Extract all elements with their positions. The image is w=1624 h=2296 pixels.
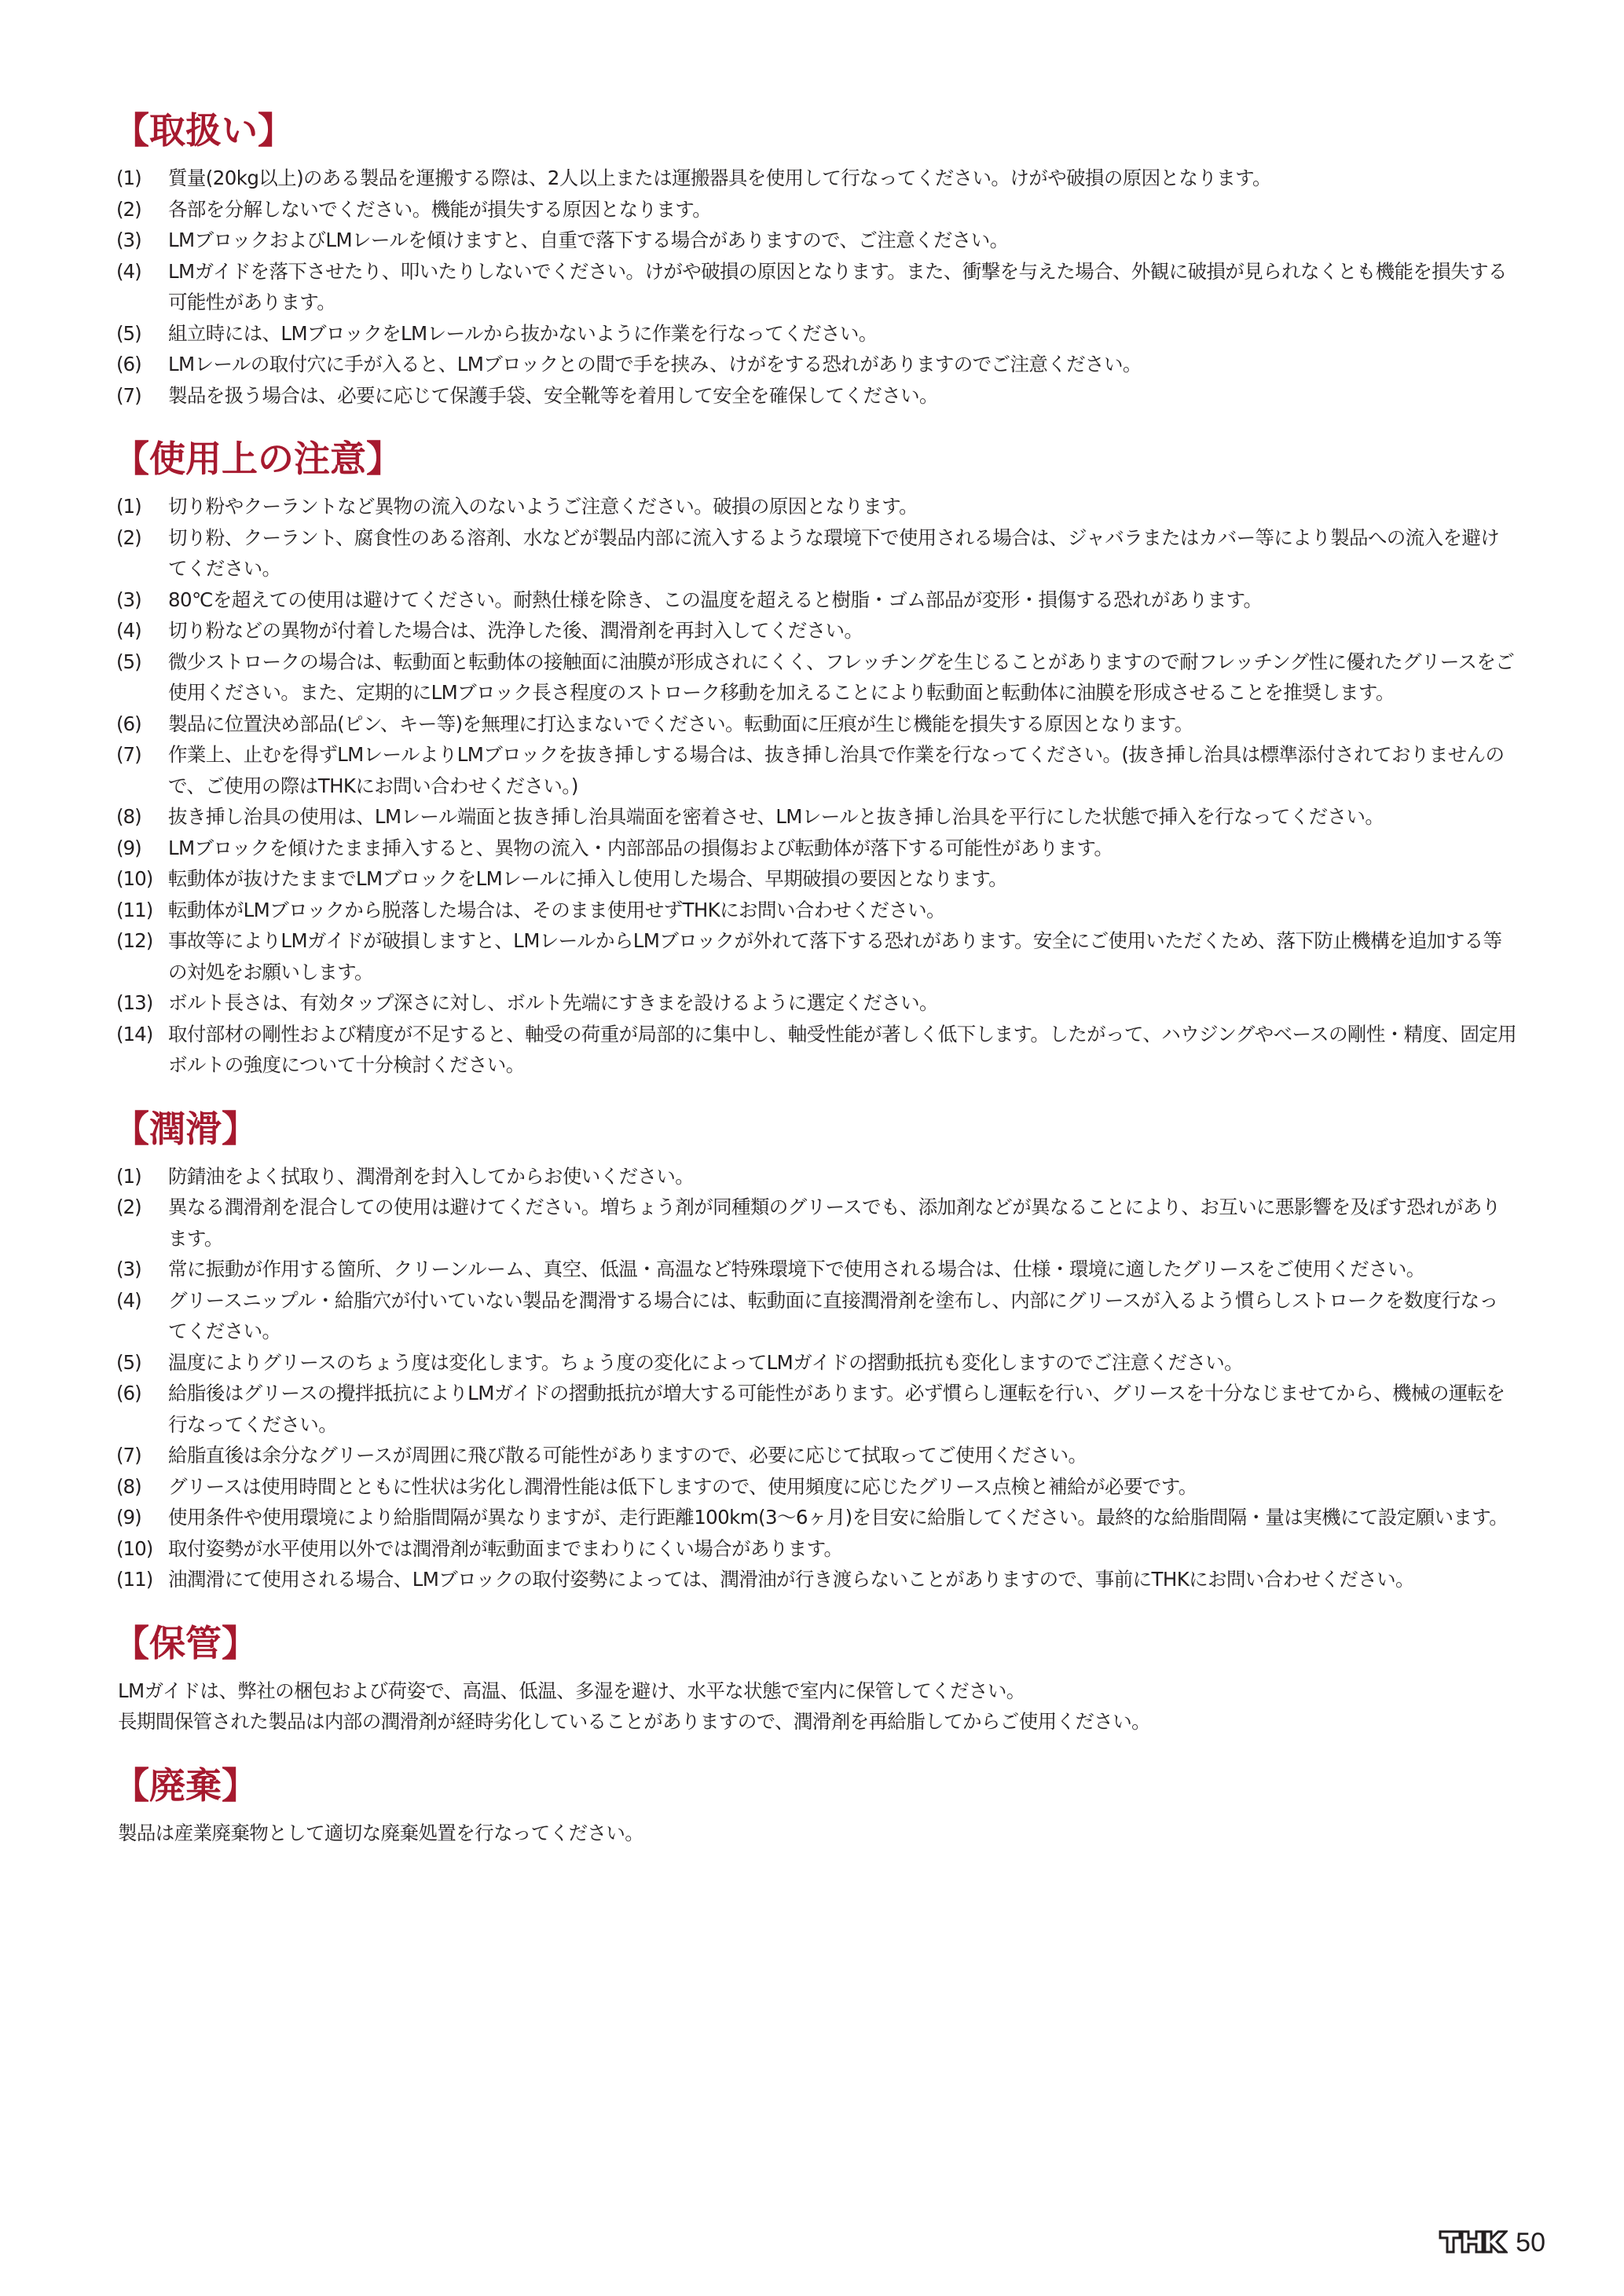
list-item: (6)LMレールの取付穴に手が入ると、LMブロックとの間で手を挟み、けがをする恐… xyxy=(118,349,1516,380)
item-text: 80℃を超えての使用は避けてください。耐熱仕様を除き、この温度を超えると樹脂・ゴ… xyxy=(168,588,1262,611)
list-item: (2)異なる潤滑剤を混合しての使用は避けてください。増ちょう剤が同種類のグリース… xyxy=(118,1192,1516,1254)
item-number: (7) xyxy=(116,380,141,412)
list-item: (8)グリースは使用時間とともに性状は劣化し潤滑性能は低下しますので、使用頻度に… xyxy=(118,1471,1516,1503)
section-storage: 【保管】 LMガイドは、弊社の梱包および荷姿で、高温、低温、多湿を避け、水平な状… xyxy=(118,1619,1516,1738)
item-number: (4) xyxy=(116,615,141,646)
storage-paragraph: LMガイドは、弊社の梱包および荷姿で、高温、低温、多湿を避け、水平な状態で室内に… xyxy=(118,1675,1516,1707)
item-number: (4) xyxy=(116,256,141,287)
item-text: 温度によりグリースのちょう度は変化します。ちょう度の変化によってLMガイドの摺動… xyxy=(168,1351,1243,1374)
item-number: (14) xyxy=(116,1019,152,1050)
item-number: (1) xyxy=(116,1161,141,1192)
list-item: (6)給脂後はグリースの攪拌抵抗によりLMガイドの摺動抵抗が増大する可能性があり… xyxy=(118,1378,1516,1440)
list-item: (3)常に振動が作用する箇所、クリーンルーム、真空、低温・高温など特殊環境下で使… xyxy=(118,1254,1516,1285)
item-text: 製品に位置決め部品(ピン、キー等)を無理に打込まないでください。転動面に圧痕が生… xyxy=(168,712,1193,735)
item-text: LMブロックを傾けたまま挿入すると、異物の流入・内部部品の損傷および転動体が落下… xyxy=(168,837,1113,859)
item-number: (2) xyxy=(116,522,141,554)
list-item: (1)防錆油をよく拭取り、潤滑剤を封入してからお使いください。 xyxy=(118,1161,1516,1192)
item-number: (13) xyxy=(116,987,152,1019)
list-item: (5)微少ストロークの場合は、転動面と転動体の接触面に油膜が形成されにくく、フレ… xyxy=(118,646,1516,709)
list-item: (7)給脂直後は余分なグリースが周囲に飛び散る可能性がありますので、必要に応じて… xyxy=(118,1440,1516,1471)
list-item: (11)油潤滑にて使用される場合、LMブロックの取付姿勢によっては、潤滑油が行き… xyxy=(118,1564,1516,1595)
item-text: 転動体が抜けたままでLMブロックをLMレールに挿入し使用した場合、早期破損の要因… xyxy=(168,867,1007,890)
item-text: 取付部材の剛性および精度が不足すると、軸受の荷重が局部的に集中し、軸受性能が著し… xyxy=(168,1023,1516,1077)
list-item: (2)切り粉、クーラント、腐食性のある溶剤、水などが製品内部に流入するような環境… xyxy=(118,522,1516,584)
list-item: (4)切り粉などの異物が付着した場合は、洗浄した後、潤滑剤を再封入してください。 xyxy=(118,615,1516,646)
thk-logo-icon xyxy=(1439,2229,1508,2254)
item-number: (11) xyxy=(116,1564,152,1595)
item-number: (2) xyxy=(116,1192,141,1223)
section-title: 【取扱い】 xyxy=(113,106,1516,155)
list-item: (7)製品を扱う場合は、必要に応じて保護手袋、安全靴等を着用して安全を確保してく… xyxy=(118,380,1516,412)
item-number: (3) xyxy=(116,1254,141,1285)
item-text: 異なる潤滑剤を混合しての使用は避けてください。増ちょう剤が同種類のグリースでも、… xyxy=(168,1196,1501,1250)
item-text: グリースニップル・給脂穴が付いていない製品を潤滑する場合には、転動面に直接潤滑剤… xyxy=(168,1289,1498,1343)
list-item: (10)取付姿勢が水平使用以外では潤滑剤が転動面までまわりにくい場合があります。 xyxy=(118,1533,1516,1565)
item-number: (9) xyxy=(116,833,141,864)
section-title: 【使用上の注意】 xyxy=(113,434,1516,483)
item-number: (8) xyxy=(116,1471,141,1503)
item-number: (9) xyxy=(116,1502,141,1533)
item-text: 抜き挿し治具の使用は、LMレール端面と抜き挿し治具端面を密着させ、LMレールと抜… xyxy=(168,805,1384,828)
list-item: (14)取付部材の剛性および精度が不足すると、軸受の荷重が局部的に集中し、軸受性… xyxy=(118,1019,1516,1081)
item-number: (3) xyxy=(116,225,141,256)
item-number: (5) xyxy=(116,646,141,678)
disposal-paragraph: 製品は産業廃棄物として適切な廃棄処置を行なってください。 xyxy=(118,1818,1516,1849)
storage-paragraph: 長期間保管された製品は内部の潤滑剤が経時劣化していることがありますので、潤滑剤を… xyxy=(118,1706,1516,1738)
list-item: (12)事故等によりLMガイドが破損しますと、LMレールからLMブロックが外れて… xyxy=(118,925,1516,987)
list-item: (11)転動体がLMブロックから脱落した場合は、そのまま使用せずTHKにお問い合… xyxy=(118,895,1516,926)
item-text: 切り粉などの異物が付着した場合は、洗浄した後、潤滑剤を再封入してください。 xyxy=(168,619,863,642)
list-item: (9)使用条件や使用環境により給脂間隔が異なりますが、走行距離100km(3〜6… xyxy=(118,1502,1516,1533)
item-number: (6) xyxy=(116,1378,141,1409)
item-text: 切り粉やクーラントなど異物の流入のないようご注意ください。破損の原因となります。 xyxy=(168,495,918,518)
item-text: ボルト長さは、有効タップ深さに対し、ボルト先端にすきまを設けるように選定ください… xyxy=(168,991,938,1014)
list-item: (1)切り粉やクーラントなど異物の流入のないようご注意ください。破損の原因となり… xyxy=(118,491,1516,522)
item-text: 作業上、止むを得ずLMレールよりLMブロックを抜き挿しする場合は、抜き挿し治具で… xyxy=(168,743,1504,797)
list-item: (3)80℃を超えての使用は避けてください。耐熱仕様を除き、この温度を超えると樹… xyxy=(118,584,1516,616)
item-text: 切り粉、クーラント、腐食性のある溶剤、水などが製品内部に流入するような環境下で使… xyxy=(168,526,1499,580)
usage-list: (1)切り粉やクーラントなど異物の流入のないようご注意ください。破損の原因となり… xyxy=(118,491,1516,1081)
item-number: (11) xyxy=(116,895,152,926)
item-number: (7) xyxy=(116,739,141,771)
item-number: (5) xyxy=(116,1347,141,1379)
item-text: 使用条件や使用環境により給脂間隔が異なりますが、走行距離100km(3〜6ヶ月)… xyxy=(168,1506,1508,1529)
item-number: (10) xyxy=(116,1533,152,1565)
item-number: (1) xyxy=(116,491,141,522)
section-title: 【潤滑】 xyxy=(113,1104,1516,1153)
item-number: (1) xyxy=(116,163,141,194)
item-text: LMレールの取付穴に手が入ると、LMブロックとの間で手を挟み、けがをする恐れがあ… xyxy=(168,353,1142,375)
list-item: (10)転動体が抜けたままでLMブロックをLMレールに挿入し使用した場合、早期破… xyxy=(118,863,1516,895)
document-page: 【取扱い】 (1)質量(20kg以上)のある製品を運搬する際は、2人以上または運… xyxy=(118,106,1516,1872)
handling-list: (1)質量(20kg以上)のある製品を運搬する際は、2人以上または運搬器具を使用… xyxy=(118,163,1516,411)
item-text: 給脂直後は余分なグリースが周囲に飛び散る可能性がありますので、必要に応じて拭取っ… xyxy=(168,1444,1087,1467)
item-text: 油潤滑にて使用される場合、LMブロックの取付姿勢によっては、潤滑油が行き渡らない… xyxy=(168,1568,1414,1591)
section-usage-precautions: 【使用上の注意】 (1)切り粉やクーラントなど異物の流入のないようご注意ください… xyxy=(118,434,1516,1081)
item-text: 取付姿勢が水平使用以外では潤滑剤が転動面までまわりにくい場合があります。 xyxy=(168,1537,842,1560)
section-lubrication: 【潤滑】 (1)防錆油をよく拭取り、潤滑剤を封入してからお使いください。 (2)… xyxy=(118,1104,1516,1595)
list-item: (13)ボルト長さは、有効タップ深さに対し、ボルト先端にすきまを設けるように選定… xyxy=(118,987,1516,1019)
item-text: グリースは使用時間とともに性状は劣化し潤滑性能は低下しますので、使用頻度に応じた… xyxy=(168,1475,1197,1498)
list-item: (3)LMブロックおよびLMレールを傾けますと、自重で落下する場合がありますので… xyxy=(118,225,1516,256)
list-item: (7)作業上、止むを得ずLMレールよりLMブロックを抜き挿しする場合は、抜き挿し… xyxy=(118,739,1516,801)
thk-logo xyxy=(1439,2229,1508,2258)
item-text: 事故等によりLMガイドが破損しますと、LMレールからLMブロックが外れて落下する… xyxy=(168,929,1501,983)
item-text: LMブロックおよびLMレールを傾けますと、自重で落下する場合がありますので、ご注… xyxy=(168,229,1009,251)
item-number: (4) xyxy=(116,1285,141,1316)
item-text: 防錆油をよく拭取り、潤滑剤を封入してからお使いください。 xyxy=(168,1165,694,1188)
item-text: LMガイドを落下させたり、叩いたりしないでください。けがや破損の原因となります。… xyxy=(168,260,1507,314)
item-number: (2) xyxy=(116,194,141,225)
list-item: (5)温度によりグリースのちょう度は変化します。ちょう度の変化によってLMガイド… xyxy=(118,1347,1516,1379)
item-number: (8) xyxy=(116,801,141,833)
item-number: (6) xyxy=(116,349,141,380)
page-footer: 50 xyxy=(1439,2228,1545,2258)
item-number: (5) xyxy=(116,318,141,350)
list-item: (4)LMガイドを落下させたり、叩いたりしないでください。けがや破損の原因となり… xyxy=(118,256,1516,318)
list-item: (5)組立時には、LMブロックをLMレールから抜かないように作業を行なってくださ… xyxy=(118,318,1516,350)
item-text: 微少ストロークの場合は、転動面と転動体の接触面に油膜が形成されにくく、フレッチン… xyxy=(168,650,1514,705)
section-disposal: 【廃棄】 製品は産業廃棄物として適切な廃棄処置を行なってください。 xyxy=(118,1761,1516,1849)
item-number: (12) xyxy=(116,925,152,957)
item-number: (6) xyxy=(116,709,141,740)
section-title: 【保管】 xyxy=(113,1619,1516,1668)
item-text: 転動体がLMブロックから脱落した場合は、そのまま使用せずTHKにお問い合わせくだ… xyxy=(168,899,945,921)
list-item: (1)質量(20kg以上)のある製品を運搬する際は、2人以上または運搬器具を使用… xyxy=(118,163,1516,194)
item-text: 各部を分解しないでください。機能が損失する原因となります。 xyxy=(168,198,711,221)
list-item: (6)製品に位置決め部品(ピン、キー等)を無理に打込まないでください。転動面に圧… xyxy=(118,709,1516,740)
lubrication-list: (1)防錆油をよく拭取り、潤滑剤を封入してからお使いください。 (2)異なる潤滑… xyxy=(118,1161,1516,1595)
list-item: (4)グリースニップル・給脂穴が付いていない製品を潤滑する場合には、転動面に直接… xyxy=(118,1285,1516,1347)
section-handling: 【取扱い】 (1)質量(20kg以上)のある製品を運搬する際は、2人以上または運… xyxy=(118,106,1516,411)
list-item: (2)各部を分解しないでください。機能が損失する原因となります。 xyxy=(118,194,1516,225)
item-number: (7) xyxy=(116,1440,141,1471)
item-number: (10) xyxy=(116,863,152,895)
item-text: 質量(20kg以上)のある製品を運搬する際は、2人以上または運搬器具を使用して行… xyxy=(168,167,1271,189)
item-number: (3) xyxy=(116,584,141,616)
item-text: 組立時には、LMブロックをLMレールから抜かないように作業を行なってください。 xyxy=(168,322,878,345)
item-text: 製品を扱う場合は、必要に応じて保護手袋、安全靴等を着用して安全を確保してください… xyxy=(168,384,938,407)
list-item: (9)LMブロックを傾けたまま挿入すると、異物の流入・内部部品の損傷および転動体… xyxy=(118,833,1516,864)
item-text: 常に振動が作用する箇所、クリーンルーム、真空、低温・高温など特殊環境下で使用され… xyxy=(168,1258,1425,1280)
list-item: (8)抜き挿し治具の使用は、LMレール端面と抜き挿し治具端面を密着させ、LMレー… xyxy=(118,801,1516,833)
item-text: 給脂後はグリースの攪拌抵抗によりLMガイドの摺動抵抗が増大する可能性があります。… xyxy=(168,1382,1505,1436)
section-title: 【廃棄】 xyxy=(113,1761,1516,1810)
page-number: 50 xyxy=(1516,2228,1545,2258)
